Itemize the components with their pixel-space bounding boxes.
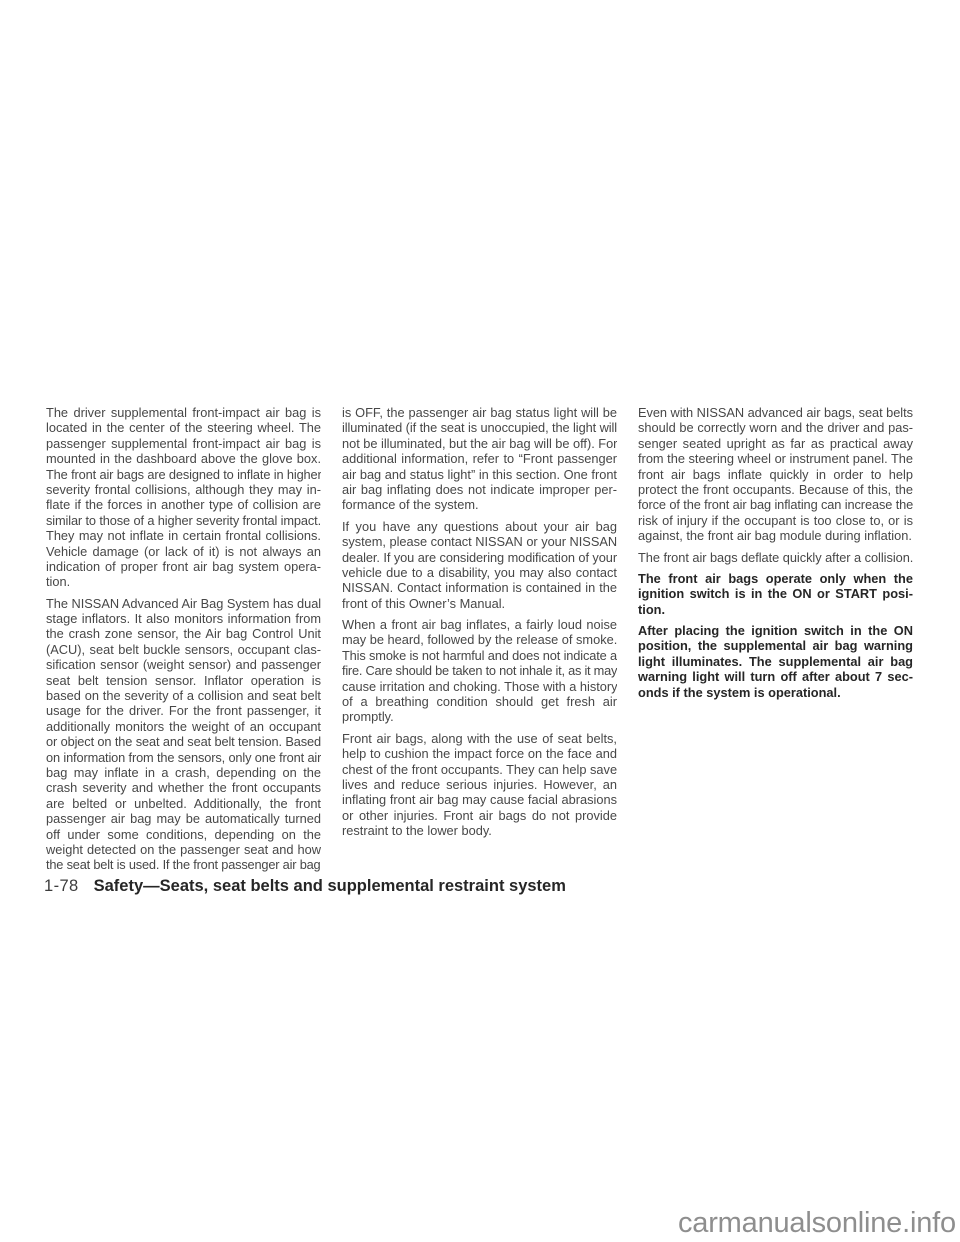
text-line: dealer. If you are considering modificat… [342, 550, 617, 565]
text-line: or object on the seat and seat belt tens… [46, 734, 321, 749]
text-line: cause irritation and choking. Those with… [342, 679, 617, 694]
text-line: similar to those of a higher severity fr… [46, 513, 321, 528]
text-line: stage inflators. It also monitors inform… [46, 611, 321, 626]
text-line: ignition switch is in the ON or START po… [638, 586, 913, 601]
text-line: bag may inflate in a crash, depending on… [46, 765, 321, 780]
text-column-2: is OFF, the passenger air bag status lig… [342, 405, 617, 879]
paragraph: The front air bags deflate quickly after… [638, 550, 913, 565]
text-line: air bag inflating does not indicate impr… [342, 482, 617, 497]
text-line: restraint to the lower body. [342, 823, 617, 838]
text-line: The front air bags operate only when the [638, 571, 913, 586]
text-line: or other injuries. Front air bags do not… [342, 808, 617, 823]
text-line: After placing the ignition switch in the… [638, 623, 913, 638]
text-line: additionally monitors the weight of an o… [46, 719, 321, 734]
text-line: air bag and status light” in this sectio… [342, 467, 617, 482]
text-line: Front air bags, along with the use of se… [342, 731, 617, 746]
text-line: system, please contact NISSAN or your NI… [342, 534, 617, 549]
text-line: additional information, refer to “Front … [342, 451, 617, 466]
text-column-1: The driver supplemental front-impact air… [46, 405, 321, 879]
text-line: chest of the front occupants. They can h… [342, 762, 617, 777]
text-line: Vehicle damage (or lack of it) is not al… [46, 544, 321, 559]
text-line: flate if the forces in another type of c… [46, 497, 321, 512]
text-line: passenger supplemental front-impact air … [46, 436, 321, 451]
text-line: should be correctly worn and the driver … [638, 420, 913, 435]
text-line: weight detected on the passenger seat an… [46, 842, 321, 857]
text-line: The driver supplemental front-impact air… [46, 405, 321, 420]
text-line: front air bags inflate quickly in order … [638, 467, 913, 482]
text-line: onds if the system is operational. [638, 685, 913, 700]
text-line: inflating front air bag may cause facial… [342, 792, 617, 807]
page-footer: 1-78 Safety—Seats, seat belts and supple… [44, 876, 566, 896]
paragraph-bold: After placing the ignition switch in the… [638, 623, 913, 700]
text-line: crash severity and whether the front occ… [46, 780, 321, 795]
text-line: force of the front air bag inflating can… [638, 497, 913, 512]
paragraph: The NISSAN Advanced Air Bag System has d… [46, 596, 321, 873]
text-line: help to cushion the impact force on the … [342, 746, 617, 761]
paragraph: is OFF, the passenger air bag status lig… [342, 405, 617, 513]
text-line: on information from the sensors, only on… [46, 750, 321, 765]
text-line: warning light will turn off after about … [638, 669, 913, 684]
text-line: tion. [46, 574, 321, 589]
text-line: tion. [638, 602, 913, 617]
text-line: are belted or unbelted. Additionally, th… [46, 796, 321, 811]
text-line: the crash zone sensor, the Air bag Contr… [46, 626, 321, 641]
text-line: The front air bags deflate quickly after… [638, 550, 913, 565]
text-line: usage for the driver. For the front pass… [46, 703, 321, 718]
text-line: fire. Care should be taken to not inhale… [342, 663, 617, 678]
footer-section-title: Safety—Seats, seat belts and supplementa… [94, 876, 566, 896]
text-line: sification sensor (weight sensor) and pa… [46, 657, 321, 672]
text-line: Even with NISSAN advanced air bags, seat… [638, 405, 913, 420]
paragraph: The driver supplemental front-impact air… [46, 405, 321, 590]
paragraph: Even with NISSAN advanced air bags, seat… [638, 405, 913, 544]
text-line: the seat belt is used. If the front pass… [46, 857, 321, 872]
text-line: against, the front air bag module during… [638, 528, 913, 543]
text-line: formance of the system. [342, 497, 617, 512]
paragraph: Front air bags, along with the use of se… [342, 731, 617, 839]
text-line: from the steering wheel or instrument pa… [638, 451, 913, 466]
text-line: light illuminates. The supplemental air … [638, 654, 913, 669]
text-line: off under some conditions, depending on … [46, 827, 321, 842]
text-line: based on the severity of a collision and… [46, 688, 321, 703]
text-line: The NISSAN Advanced Air Bag System has d… [46, 596, 321, 611]
text-line: The front air bags are designed to infla… [46, 467, 321, 482]
text-line: position, the supplemental air bag warni… [638, 638, 913, 653]
text-line: senger seated upright as far as practica… [638, 436, 913, 451]
text-line: is OFF, the passenger air bag status lig… [342, 405, 617, 420]
manual-page: The driver supplemental front-impact air… [0, 0, 960, 1242]
text-line: of a breathing condition should get fres… [342, 694, 617, 709]
text-line: indication of proper front air bag syste… [46, 559, 321, 574]
watermark-text: carmanualsonline.info [678, 1207, 956, 1239]
text-line: (ACU), seat belt buckle sensors, occupan… [46, 642, 321, 657]
text-line: illuminated (if the seat is unoccupied, … [342, 420, 617, 435]
text-line: When a front air bag inflates, a fairly … [342, 617, 617, 632]
text-line: promptly. [342, 709, 617, 724]
text-line: passenger air bag may be automatically t… [46, 811, 321, 826]
text-line: seat belt tension sensor. Inflator opera… [46, 673, 321, 688]
text-line: lives and reduce serious injuries. Howev… [342, 777, 617, 792]
paragraph-bold: The front air bags operate only when the… [638, 571, 913, 617]
paragraph: When a front air bag inflates, a fairly … [342, 617, 617, 725]
text-line: If you have any questions about your air… [342, 519, 617, 534]
text-line: protect the front occupants. Because of … [638, 482, 913, 497]
text-line: may be heard, followed by the release of… [342, 632, 617, 647]
text-column-3: Even with NISSAN advanced air bags, seat… [638, 405, 913, 879]
text-line: located in the center of the steering wh… [46, 420, 321, 435]
text-line: not be illuminated, but the air bag will… [342, 436, 617, 451]
text-line: front of this Owner’s Manual. [342, 596, 617, 611]
page-number: 1-78 [44, 876, 79, 896]
text-line: This smoke is not harmful and does not i… [342, 648, 617, 663]
text-line: They may not inflate in certain frontal … [46, 528, 321, 543]
page-columns: The driver supplemental front-impact air… [46, 405, 913, 879]
paragraph: If you have any questions about your air… [342, 519, 617, 611]
text-line: risk of injury if the occupant is too cl… [638, 513, 913, 528]
text-line: mounted in the dashboard above the glove… [46, 451, 321, 466]
text-line: NISSAN. Contact information is contained… [342, 580, 617, 595]
text-line: vehicle due to a disability, you may als… [342, 565, 617, 580]
text-line: severity frontal collisions, although th… [46, 482, 321, 497]
